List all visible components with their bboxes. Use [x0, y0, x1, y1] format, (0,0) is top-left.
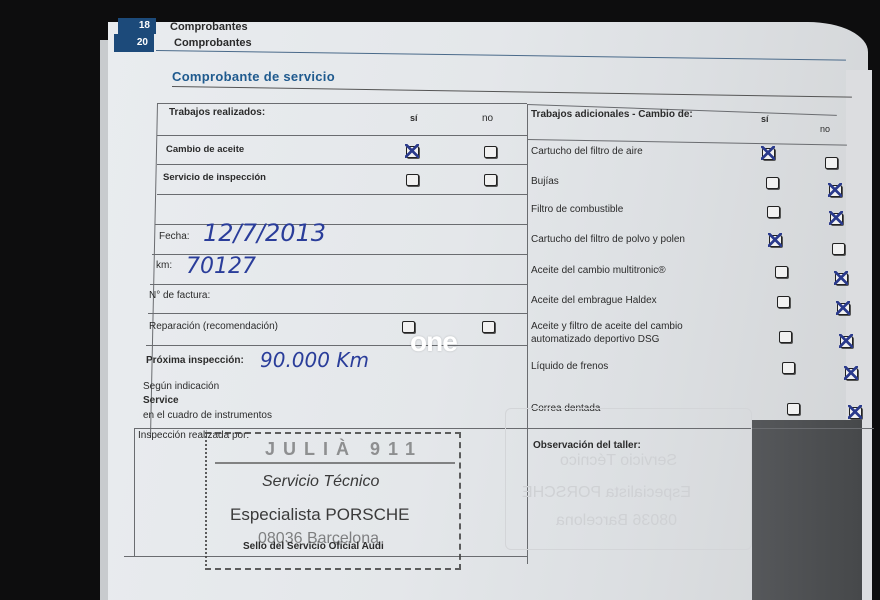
row-label-cambio-aceite: Cambio de aceite [166, 144, 244, 155]
stamp-line2: Especialista PORSCHE [230, 505, 410, 525]
checkbox-filtro-polen-si[interactable] [769, 235, 782, 247]
reparacion-label: Reparación (recomendación) [149, 321, 278, 332]
left-col-si: sí [410, 113, 418, 123]
checkbox-correa-si[interactable] [787, 403, 800, 415]
extra-row-label: Cartucho del filtro de aire [531, 146, 643, 157]
right-heading: Trabajos adicionales - Cambio de: [531, 109, 731, 121]
stamp-top: JULIÀ 911 [265, 439, 423, 460]
fecha-value[interactable]: 12/7/2013 [203, 219, 326, 247]
extra-row-label: Bujías [531, 176, 559, 187]
checkbox-cambio-aceite-no[interactable] [484, 146, 497, 158]
right-col-no: no [820, 124, 830, 134]
ghost-text: Especialista PORSCHE [522, 484, 691, 502]
checkbox-multitronic-no[interactable] [835, 273, 848, 285]
checkbox-servicio-inspeccion-no[interactable] [484, 174, 497, 186]
segun-line3: en el cuadro de instrumentos [143, 410, 272, 421]
checkbox-reparacion-no[interactable] [482, 321, 495, 333]
stamp-divider [215, 462, 455, 464]
fecha-label: Fecha: [159, 231, 190, 242]
segun-line1: Según indicación [143, 381, 219, 392]
checkbox-multitronic-si[interactable] [775, 266, 788, 278]
row-label-servicio-inspeccion: Servicio de inspección [163, 172, 266, 183]
grid-line [157, 135, 527, 136]
checkbox-dsg-no[interactable] [840, 336, 853, 348]
ghost-text: Servicio Técnico [560, 452, 677, 470]
grid-line [157, 103, 527, 104]
grid-line [157, 164, 527, 165]
watermark-logo: one [410, 326, 457, 358]
grid-line [134, 428, 135, 556]
checkbox-dsg-si[interactable] [779, 331, 792, 343]
checkbox-cambio-aceite-si[interactable] [406, 146, 419, 158]
page-tab-20: 20 [114, 34, 154, 52]
ghost-text: 08036 Barcelona [556, 512, 677, 530]
grid-line [148, 313, 527, 314]
left-col-no: no [482, 113, 493, 124]
km-label: km: [156, 260, 172, 271]
section-title: Comprobante de servicio [172, 69, 335, 84]
checkbox-correa-no[interactable] [849, 407, 862, 419]
stamp-line1: Servicio Técnico [262, 473, 379, 491]
proxima-value[interactable]: 90.000 Km [260, 348, 369, 372]
checkbox-filtro-polen-no[interactable] [832, 243, 845, 255]
extra-row-label: Aceite del cambio multitronic® [531, 265, 666, 276]
extra-row-label: Filtro de combustible [531, 204, 623, 215]
grid-line [134, 428, 874, 429]
extra-row-label: Aceite y filtro de aceite del cambio aut… [531, 320, 741, 346]
page-header-20: Comprobantes [174, 37, 252, 49]
grid-line [146, 345, 527, 346]
extra-row-label: Cartucho del filtro de polvo y polen [531, 234, 685, 245]
grid-line [157, 194, 527, 195]
checkbox-filtro-combustible-no[interactable] [830, 213, 843, 225]
checkbox-haldex-si[interactable] [777, 296, 790, 308]
checkbox-filtro-aire-no[interactable] [825, 157, 838, 169]
checkbox-filtro-combustible-si[interactable] [767, 206, 780, 218]
extra-row-label: Aceite del embrague Haldex [531, 295, 657, 306]
checkbox-servicio-inspeccion-si[interactable] [406, 174, 419, 186]
checkbox-frenos-si[interactable] [782, 362, 795, 374]
proxima-label: Próxima inspección: [146, 355, 244, 366]
segun-line2: Service [143, 395, 179, 406]
checkbox-haldex-no[interactable] [837, 303, 850, 315]
checkbox-bujias-si[interactable] [766, 177, 779, 189]
factura-label: N° de factura: [149, 290, 210, 301]
grid-line [150, 284, 527, 285]
sello-label: Sello del Servicio Oficial Audi [243, 541, 384, 552]
shadow-region [752, 420, 862, 600]
right-col-si: sí [761, 114, 769, 124]
checkbox-frenos-no[interactable] [845, 368, 858, 380]
checkbox-bujias-no[interactable] [829, 185, 842, 197]
checkbox-filtro-aire-si[interactable] [762, 148, 775, 160]
extra-row-label: Líquido de frenos [531, 361, 608, 372]
page-header-18: Comprobantes [170, 21, 248, 33]
observacion-label: Observación del taller: [533, 440, 641, 451]
page-tab-18: 18 [118, 18, 156, 34]
left-heading: Trabajos realizados: [169, 107, 265, 118]
km-value[interactable]: 70127 [186, 254, 256, 279]
